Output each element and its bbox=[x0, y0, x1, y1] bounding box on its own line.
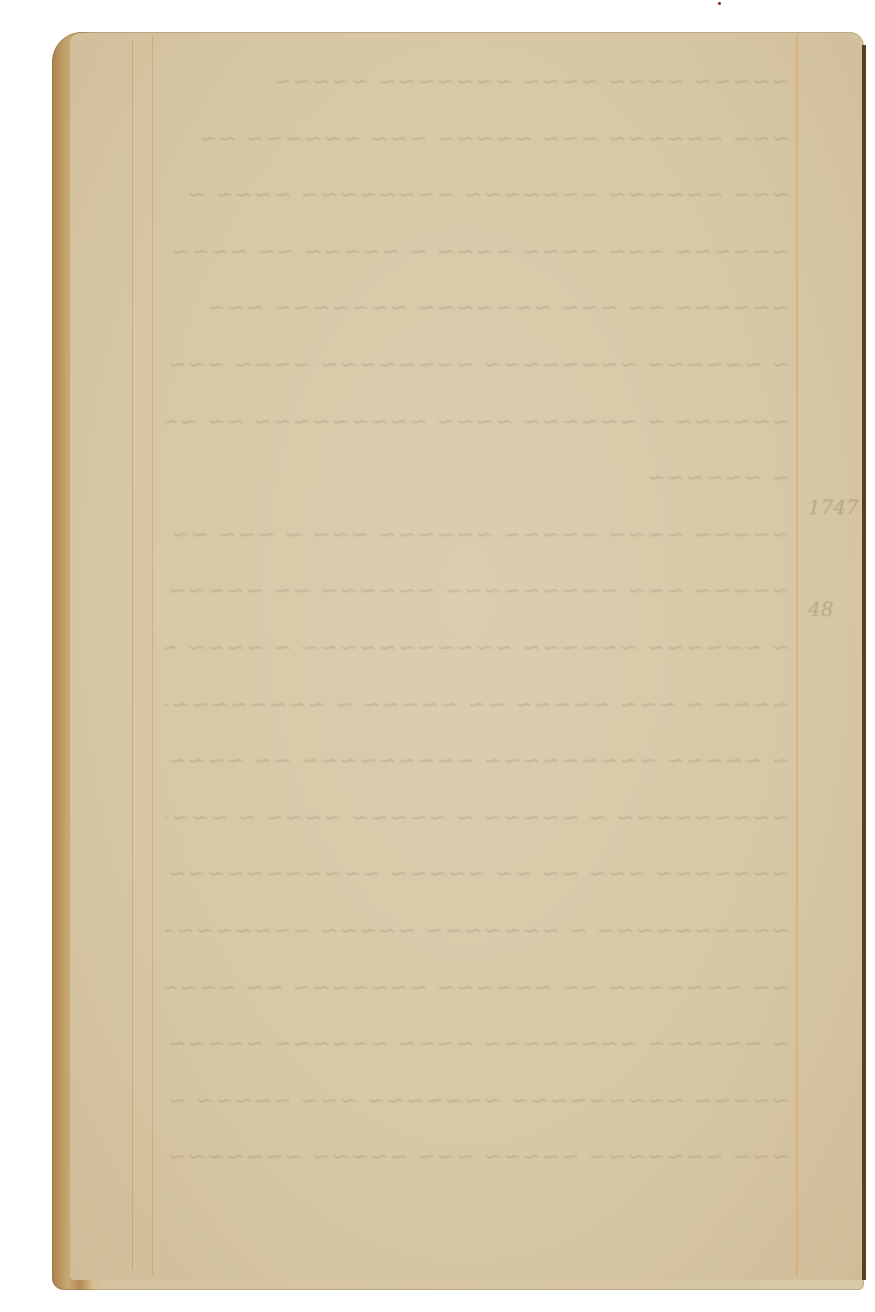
text-line: ~ ~~~~~~ bbox=[165, 466, 790, 488]
text-line: ~~~ ~~~~~~ ~~~~~~~ ~~~~~~~~ ~~~~ ~ bbox=[165, 183, 790, 205]
text-line: ~~~~~ ~~~ ~~~~~~~~~ ~~~~~~ ~~ ~~~~~~~~~ bbox=[165, 579, 790, 601]
text-line: ~~~~~ ~~~~ ~~~~ ~~~~~~~ ~~~~~ bbox=[165, 70, 790, 92]
bleed-through-text: ~~~~~ ~~~~ ~~~~ ~~~~~~~ ~~~~~ ~~~ ~~~~~~… bbox=[165, 70, 790, 1202]
text-line: ~~~~~~~~~~ ~ ~~~~~~~ ~~~~~ ~~~~~~~~ ~ bbox=[165, 919, 790, 941]
text-line: ~ ~~~~~~ ~~~~~~ ~~~~~~~~~~~ ~ ~~~~ ~~~~ bbox=[165, 636, 790, 658]
margin-note-year: 1747 bbox=[808, 495, 859, 519]
text-line: ~ ~~~~~~ ~~~~~~~~ ~~~~~~~~ ~~~~ ~~~~~ bbox=[165, 353, 790, 375]
text-line: ~~~~~~~~~ ~ ~~~~~ ~ ~~~~~ ~~~~ ~ ~~~~ bbox=[165, 806, 790, 828]
text-line: ~~~~~ ~~~~~~~~~ ~~~~~~~ ~~~ ~~~~~ ~ ~~~~ bbox=[165, 1089, 790, 1111]
text-line: ~~~~~~~ ~~~ ~~ ~~ ~~~~~ ~~~~~~~~~~~~~~ bbox=[165, 862, 790, 884]
text-line: ~~~~~~ ~~ ~~~ ~~~~~~~ ~~~~~~~ ~~~ bbox=[165, 296, 790, 318]
text-line: ~~~~~~ ~~~ ~~~~ ~~~~ ~ ~~~~~ ~~ ~~~~ bbox=[165, 240, 790, 262]
page-edge-shadow bbox=[862, 45, 866, 1280]
gutter-line bbox=[132, 40, 133, 1270]
text-line: ~~~~~ ~~~~ ~~~~~ ~~~~~~ ~~~ ~ ~~~ ~~ bbox=[165, 523, 790, 545]
left-margin-rule bbox=[152, 36, 153, 1276]
text-line: ~~~ ~~~~~~ ~~~ ~~~~~ ~~~ ~~~~~~ ~~ bbox=[165, 127, 790, 149]
text-line: ~~~~~~ ~ ~~~~~~ ~~~~ ~~~~~~~~~ ~~ ~~~~ bbox=[165, 410, 790, 432]
text-line: ~ ~~~~~~ ~~~~~~~~ ~~~~ ~~~~~~ ~~~~~~~~ bbox=[165, 1032, 790, 1054]
ink-speck bbox=[718, 2, 721, 5]
margin-note-number: 48 bbox=[808, 597, 833, 621]
text-line: ~~~ ~~~~~~~ ~~~~~ ~~~ ~~~~~ ~~~~~~~~~~ bbox=[165, 1145, 790, 1167]
text-line: ~~ ~~~~~~~ ~~ ~~~~~~ ~~~~~~~ ~~ ~~~~ ~~~ bbox=[165, 976, 790, 998]
text-line: ~ ~~~~~ ~~~~~~~~~ ~~~~~~~~~ ~~ ~~~~~ bbox=[165, 749, 790, 771]
text-line: ~~~~ ~ ~~~ ~~~~~ ~~ ~~~~~ ~ ~~~~~~~~~~ bbox=[165, 693, 790, 715]
right-margin-rule bbox=[796, 36, 798, 1276]
